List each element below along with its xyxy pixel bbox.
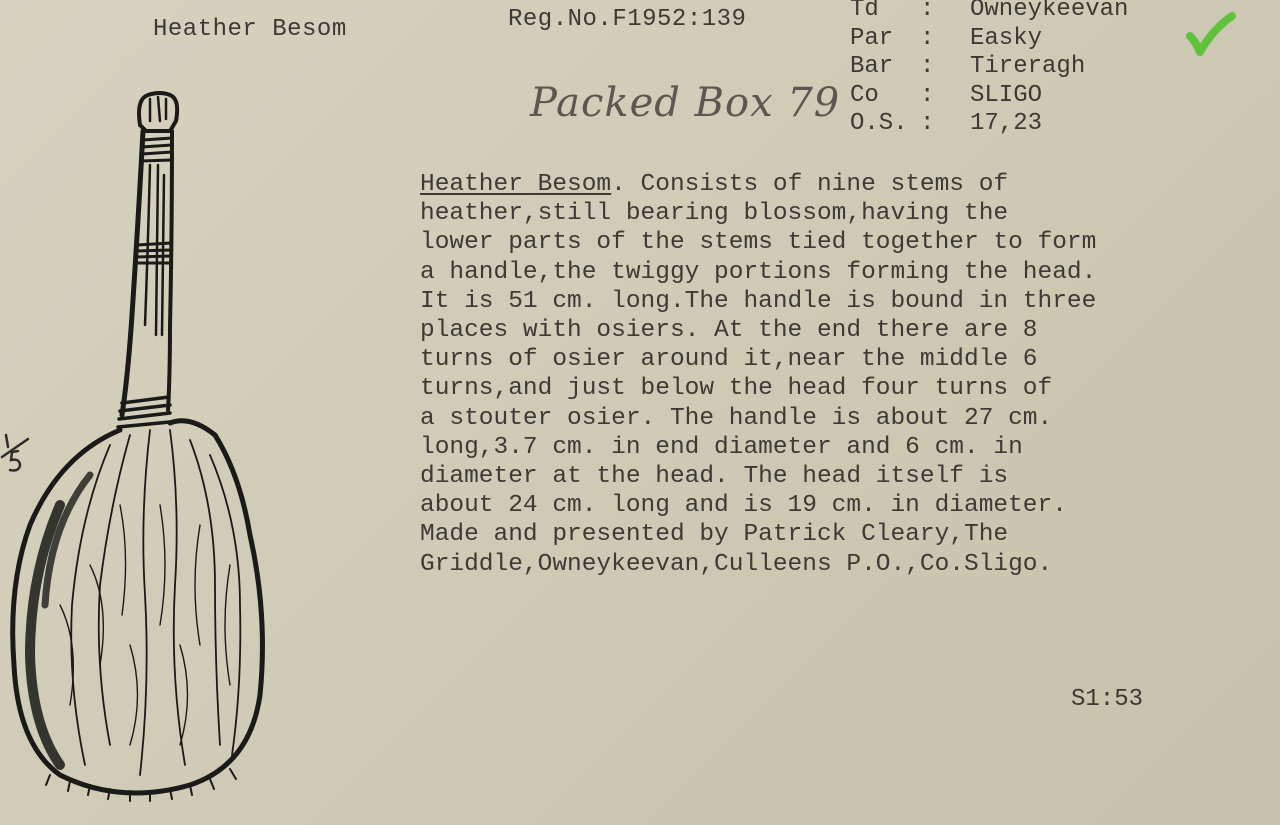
- description-line: lower parts of the stems tied together t…: [420, 228, 1260, 257]
- description-line: Made and presented by Patrick Cleary,The: [420, 520, 1260, 549]
- description-line: long,3.7 cm. in end diameter and 6 cm. i…: [420, 433, 1260, 462]
- card-title: Heather Besom: [153, 16, 347, 43]
- location-sep: :: [920, 53, 970, 82]
- location-row-county: Co : SLIGO: [850, 82, 1128, 111]
- location-value: Tireragh: [970, 53, 1085, 82]
- heather-besom-illustration: [0, 85, 280, 815]
- location-sep: :: [920, 82, 970, 111]
- handwritten-note: Packed Box 79: [530, 80, 840, 126]
- sheet-reference: S1:53: [1071, 686, 1143, 713]
- description: Heather Besom. Consists of nine stems of…: [420, 170, 1260, 579]
- checkmark-icon: [1186, 12, 1236, 58]
- description-line: turns,and just below the head four turns…: [420, 374, 1260, 403]
- location-block: Td : Owneykeevan Par : Easky Bar : Tirer…: [850, 0, 1128, 139]
- description-line: It is 51 cm. long.The handle is bound in…: [420, 287, 1260, 316]
- location-key: Par: [850, 25, 920, 54]
- location-sep: :: [920, 25, 970, 54]
- description-line: heather,still bearing blossom,having the: [420, 199, 1260, 228]
- description-line-1: Heather Besom. Consists of nine stems of: [420, 170, 1260, 199]
- location-row-barony: Bar : Tireragh: [850, 53, 1128, 82]
- registration-number: Reg.No.F1952:139: [508, 6, 746, 33]
- description-line: a stouter osier. The handle is about 27 …: [420, 404, 1260, 433]
- description-line: Griddle,Owneykeevan,Culleens P.O.,Co.Sli…: [420, 550, 1260, 579]
- description-line: turns of osier around it,near the middle…: [420, 345, 1260, 374]
- location-row-ordnance-survey: O.S. : 17,23: [850, 110, 1128, 139]
- catalogue-card: Heather Besom Reg.No.F1952:139 Td : Owne…: [0, 0, 1280, 825]
- location-value: 17,23: [970, 110, 1042, 139]
- location-key: Bar: [850, 53, 920, 82]
- description-line: about 24 cm. long and is 19 cm. in diame…: [420, 491, 1260, 520]
- location-key: Td: [850, 0, 920, 25]
- location-row-townland: Td : Owneykeevan: [850, 0, 1128, 25]
- location-value: Owneykeevan: [970, 0, 1128, 25]
- location-key: O.S.: [850, 110, 920, 139]
- description-heading: Heather Besom: [420, 171, 611, 198]
- description-line: a handle,the twiggy portions forming the…: [420, 258, 1260, 287]
- location-value: Easky: [970, 25, 1042, 54]
- description-line: diameter at the head. The head itself is: [420, 462, 1260, 491]
- location-sep: :: [920, 110, 970, 139]
- location-sep: :: [920, 0, 970, 25]
- location-key: Co: [850, 82, 920, 111]
- location-value: SLIGO: [970, 82, 1042, 111]
- description-line: places with osiers. At the end there are…: [420, 316, 1260, 345]
- location-row-parish: Par : Easky: [850, 25, 1128, 54]
